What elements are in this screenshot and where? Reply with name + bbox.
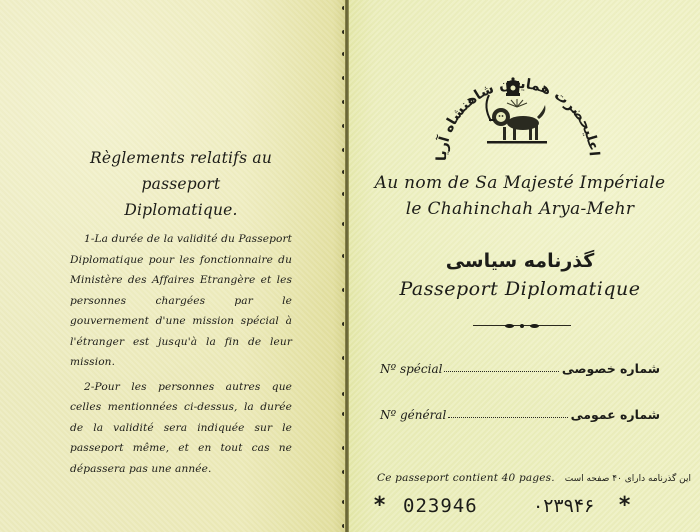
binding-stitch — [342, 356, 349, 360]
binding-stitch — [342, 288, 349, 292]
binding-stitch — [342, 254, 349, 258]
asterisk-icon: * — [618, 493, 631, 518]
page-count-note-fa: این گذرنامه دارای ۴۰ صفحه است — [565, 474, 691, 484]
general-number-label-fa: شماره عمومی — [571, 407, 660, 422]
page-count-note: Ce passeport contient 40 pages. این گذرن… — [377, 472, 677, 484]
special-number-blank[interactable] — [444, 371, 558, 372]
left-page: Règlements relatifs au passeport Diploma… — [0, 0, 347, 532]
imperial-line-2: le Chahinchah Arya-Mehr — [360, 196, 680, 222]
special-number-field[interactable]: Nº spécial شماره خصوصی — [380, 354, 660, 376]
binding-stitch — [342, 148, 349, 152]
passport-title-french: Passeport Diplomatique — [370, 278, 670, 300]
regulation-paragraph-1: 1-La durée de la validité du Passeport D… — [70, 229, 292, 373]
regulations-title-line2: Diplomatique. — [70, 197, 292, 223]
passport-title-persian: گذرنامه سیاسی — [370, 250, 670, 272]
binding-stitch — [342, 76, 349, 80]
imperial-dedication: Au nom de Sa Majesté Impériale le Chahin… — [360, 170, 680, 222]
general-number-blank[interactable] — [448, 417, 567, 418]
binding-stitch — [342, 6, 349, 10]
binding-stitch — [342, 100, 349, 104]
special-number-label-fr: Nº spécial — [380, 362, 442, 376]
binding-stitch — [342, 322, 349, 326]
binding-stitch — [342, 524, 349, 528]
general-number-field[interactable]: Nº général شماره عمومی — [380, 400, 660, 422]
ornamental-divider — [473, 323, 571, 329]
binding-stitch — [342, 170, 349, 174]
binding-stitch — [342, 500, 349, 504]
binding-stitch — [342, 392, 349, 396]
passport-spread: Règlements relatifs au passeport Diploma… — [0, 0, 700, 532]
regulations-block: Règlements relatifs au passeport Diploma… — [70, 145, 292, 479]
binding-stitch — [342, 124, 349, 128]
binding-stitch — [342, 446, 349, 450]
special-number-label-fa: شماره خصوصی — [562, 361, 660, 376]
binding-stitch — [342, 412, 349, 416]
page-count-note-fr: Ce passeport contient 40 pages. — [377, 472, 555, 484]
binding-stitch — [342, 192, 349, 196]
serial-number-row: * 023946 ۰۲۳۹۴۶ * — [373, 495, 673, 521]
serial-number-latin: 023946 — [403, 495, 478, 517]
regulation-paragraph-2: 2-Pour les personnes autres que celles m… — [70, 377, 292, 480]
general-number-label-fr: Nº général — [380, 408, 446, 422]
regulations-title-line1: Règlements relatifs au passeport — [70, 145, 292, 197]
imperial-line-1: Au nom de Sa Majesté Impériale — [360, 170, 680, 196]
binding-stitch — [342, 222, 349, 226]
binding-stitch — [342, 52, 349, 56]
asterisk-icon: * — [373, 493, 386, 518]
emblem-block: بنام اعلیحضرت همایون شاهنشاه آریامهر — [418, 50, 618, 170]
lion-and-sun-crown-icon — [473, 75, 553, 155]
serial-number-persian: ۰۲۳۹۴۶ — [533, 495, 594, 517]
binding-stitch — [342, 30, 349, 34]
binding-stitch — [342, 470, 349, 474]
